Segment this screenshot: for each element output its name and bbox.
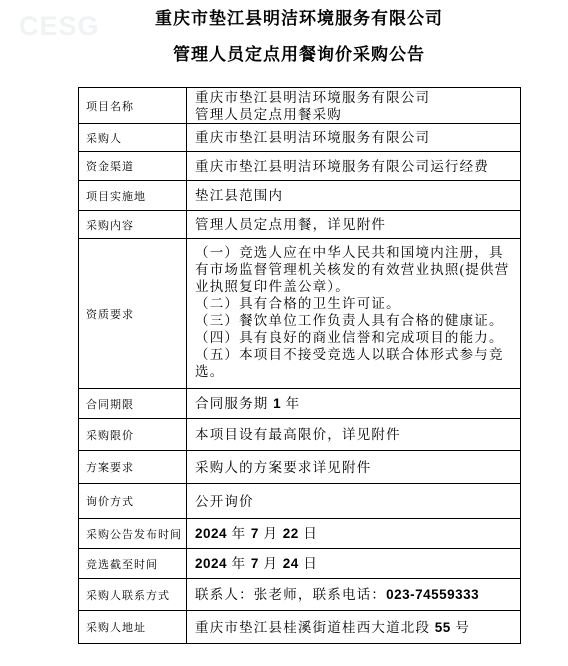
numeric-text: 1 [273,396,281,411]
row-value-line: 采购人的方案要求详见附件 [195,459,514,476]
row-value: （一）竞选人应在中华人民共和国境内注册，具有市场监督管理机关核发的有效营业执照(… [187,239,521,389]
row-value-line: 重庆市垫江县明洁环境服务有限公司运行经费 [195,158,514,175]
table-row: 合同期限合同服务期 1 年 [79,389,521,419]
row-value-line: 重庆市垫江县明洁环境服务有限公司 [195,129,514,146]
table-row: 资质要求（一）竞选人应在中华人民共和国境内注册，具有市场监督管理机关核发的有效营… [79,239,521,389]
numeric-text: 7 [251,526,259,541]
row-value: 重庆市垫江县明洁环境服务有限公司运行经费 [187,152,521,181]
row-value: 合同服务期 1 年 [187,389,521,419]
numeric-text: 55 [435,620,451,635]
row-value-line: 重庆市垫江县桂溪街道桂西大道北段 55 号 [195,619,514,636]
row-label: 采购人联系方式 [79,579,187,611]
row-value-line: 联系人：张老师，联系电话：023-74559333 [195,586,514,603]
row-value: 2024 年 7 月 24 日 [187,549,521,579]
document-title-line1: 重庆市垫江县明洁环境服务有限公司 [78,8,520,29]
procurement-info-table: 项目名称重庆市垫江县明洁环境服务有限公司管理人员定点用餐采购采购人重庆市垫江县明… [78,87,521,644]
document-header: 重庆市垫江县明洁环境服务有限公司 管理人员定点用餐询价采购公告 [78,8,520,65]
row-value-line: 合同服务期 1 年 [195,395,514,412]
row-label: 合同期限 [79,389,187,419]
table-row: 询价方式公开询价 [79,484,521,519]
row-value-line: 管理人员定点用餐采购 [195,106,514,123]
row-value: 垫江县范围内 [187,181,521,211]
row-value-line: 重庆市垫江县明洁环境服务有限公司 [195,89,514,106]
row-label: 项目实施地 [79,181,187,211]
row-value: 重庆市垫江县桂溪街道桂西大道北段 55 号 [187,611,521,644]
table-row: 竞选截至时间2024 年 7 月 24 日 [79,549,521,579]
row-value-line: （一）竞选人应在中华人民共和国境内注册，具有市场监督管理机关核发的有效营业执照(… [195,244,514,295]
document-title-line2: 管理人员定点用餐询价采购公告 [78,44,520,65]
row-value: 2024 年 7 月 22 日 [187,519,521,549]
procurement-info-table-body: 项目名称重庆市垫江县明洁环境服务有限公司管理人员定点用餐采购采购人重庆市垫江县明… [79,88,521,644]
row-value: 重庆市垫江县明洁环境服务有限公司 [187,124,521,152]
row-label: 方案要求 [79,451,187,484]
row-label: 采购内容 [79,211,187,239]
row-value-line: 2024 年 7 月 24 日 [195,555,514,572]
row-value: 采购人的方案要求详见附件 [187,451,521,484]
row-value-line: 2024 年 7 月 22 日 [195,525,514,542]
table-row: 采购限价本项目设有最高限价，详见附件 [79,419,521,451]
row-value-line: （三）餐饮单位工作负责人具有合格的健康证。 [195,312,514,329]
row-value: 管理人员定点用餐，详见附件 [187,211,521,239]
table-row: 项目实施地垫江县范围内 [79,181,521,211]
row-label: 资金渠道 [79,152,187,181]
document-page: { "watermark": { "text": "CESG" }, "head… [0,0,568,666]
table-row: 方案要求采购人的方案要求详见附件 [79,451,521,484]
row-label: 采购人 [79,124,187,152]
table-row: 项目名称重庆市垫江县明洁环境服务有限公司管理人员定点用餐采购 [79,88,521,124]
numeric-text: 22 [283,526,299,541]
row-value-line: （五）本项目不接受竞选人以联合体形式参与竞选。 [195,346,514,380]
numeric-text: 2024 [195,526,227,541]
table-row: 采购人重庆市垫江县明洁环境服务有限公司 [79,124,521,152]
row-label: 采购限价 [79,419,187,451]
row-value: 重庆市垫江县明洁环境服务有限公司管理人员定点用餐采购 [187,88,521,124]
row-label: 资质要求 [79,239,187,389]
row-value-line: 本项目设有最高限价，详见附件 [195,426,514,443]
row-label: 采购公告发布时间 [79,519,187,549]
row-label: 询价方式 [79,484,187,519]
numeric-text: 2024 [195,556,227,571]
row-value-line: （四）具有良好的商业信誉和完成项目的能力。 [195,329,514,346]
row-value-line: 公开询价 [195,493,514,510]
table-row: 资金渠道重庆市垫江县明洁环境服务有限公司运行经费 [79,152,521,181]
row-label: 竞选截至时间 [79,549,187,579]
row-label: 采购人地址 [79,611,187,644]
table-row: 采购公告发布时间2024 年 7 月 22 日 [79,519,521,549]
table-row: 采购人地址重庆市垫江县桂溪街道桂西大道北段 55 号 [79,611,521,644]
row-label: 项目名称 [79,88,187,124]
row-value: 本项目设有最高限价，详见附件 [187,419,521,451]
numeric-text: 24 [283,556,299,571]
row-value: 公开询价 [187,484,521,519]
row-value-line: 管理人员定点用餐，详见附件 [195,216,514,233]
numeric-text: 7 [251,556,259,571]
row-value-line: 垫江县范围内 [195,187,514,204]
table-row: 采购内容管理人员定点用餐，详见附件 [79,211,521,239]
table-row: 采购人联系方式联系人：张老师，联系电话：023-74559333 [79,579,521,611]
numeric-text: 023-74559333 [386,587,479,602]
row-value: 联系人：张老师，联系电话：023-74559333 [187,579,521,611]
row-value-line: （二）具有合格的卫生许可证。 [195,295,514,312]
